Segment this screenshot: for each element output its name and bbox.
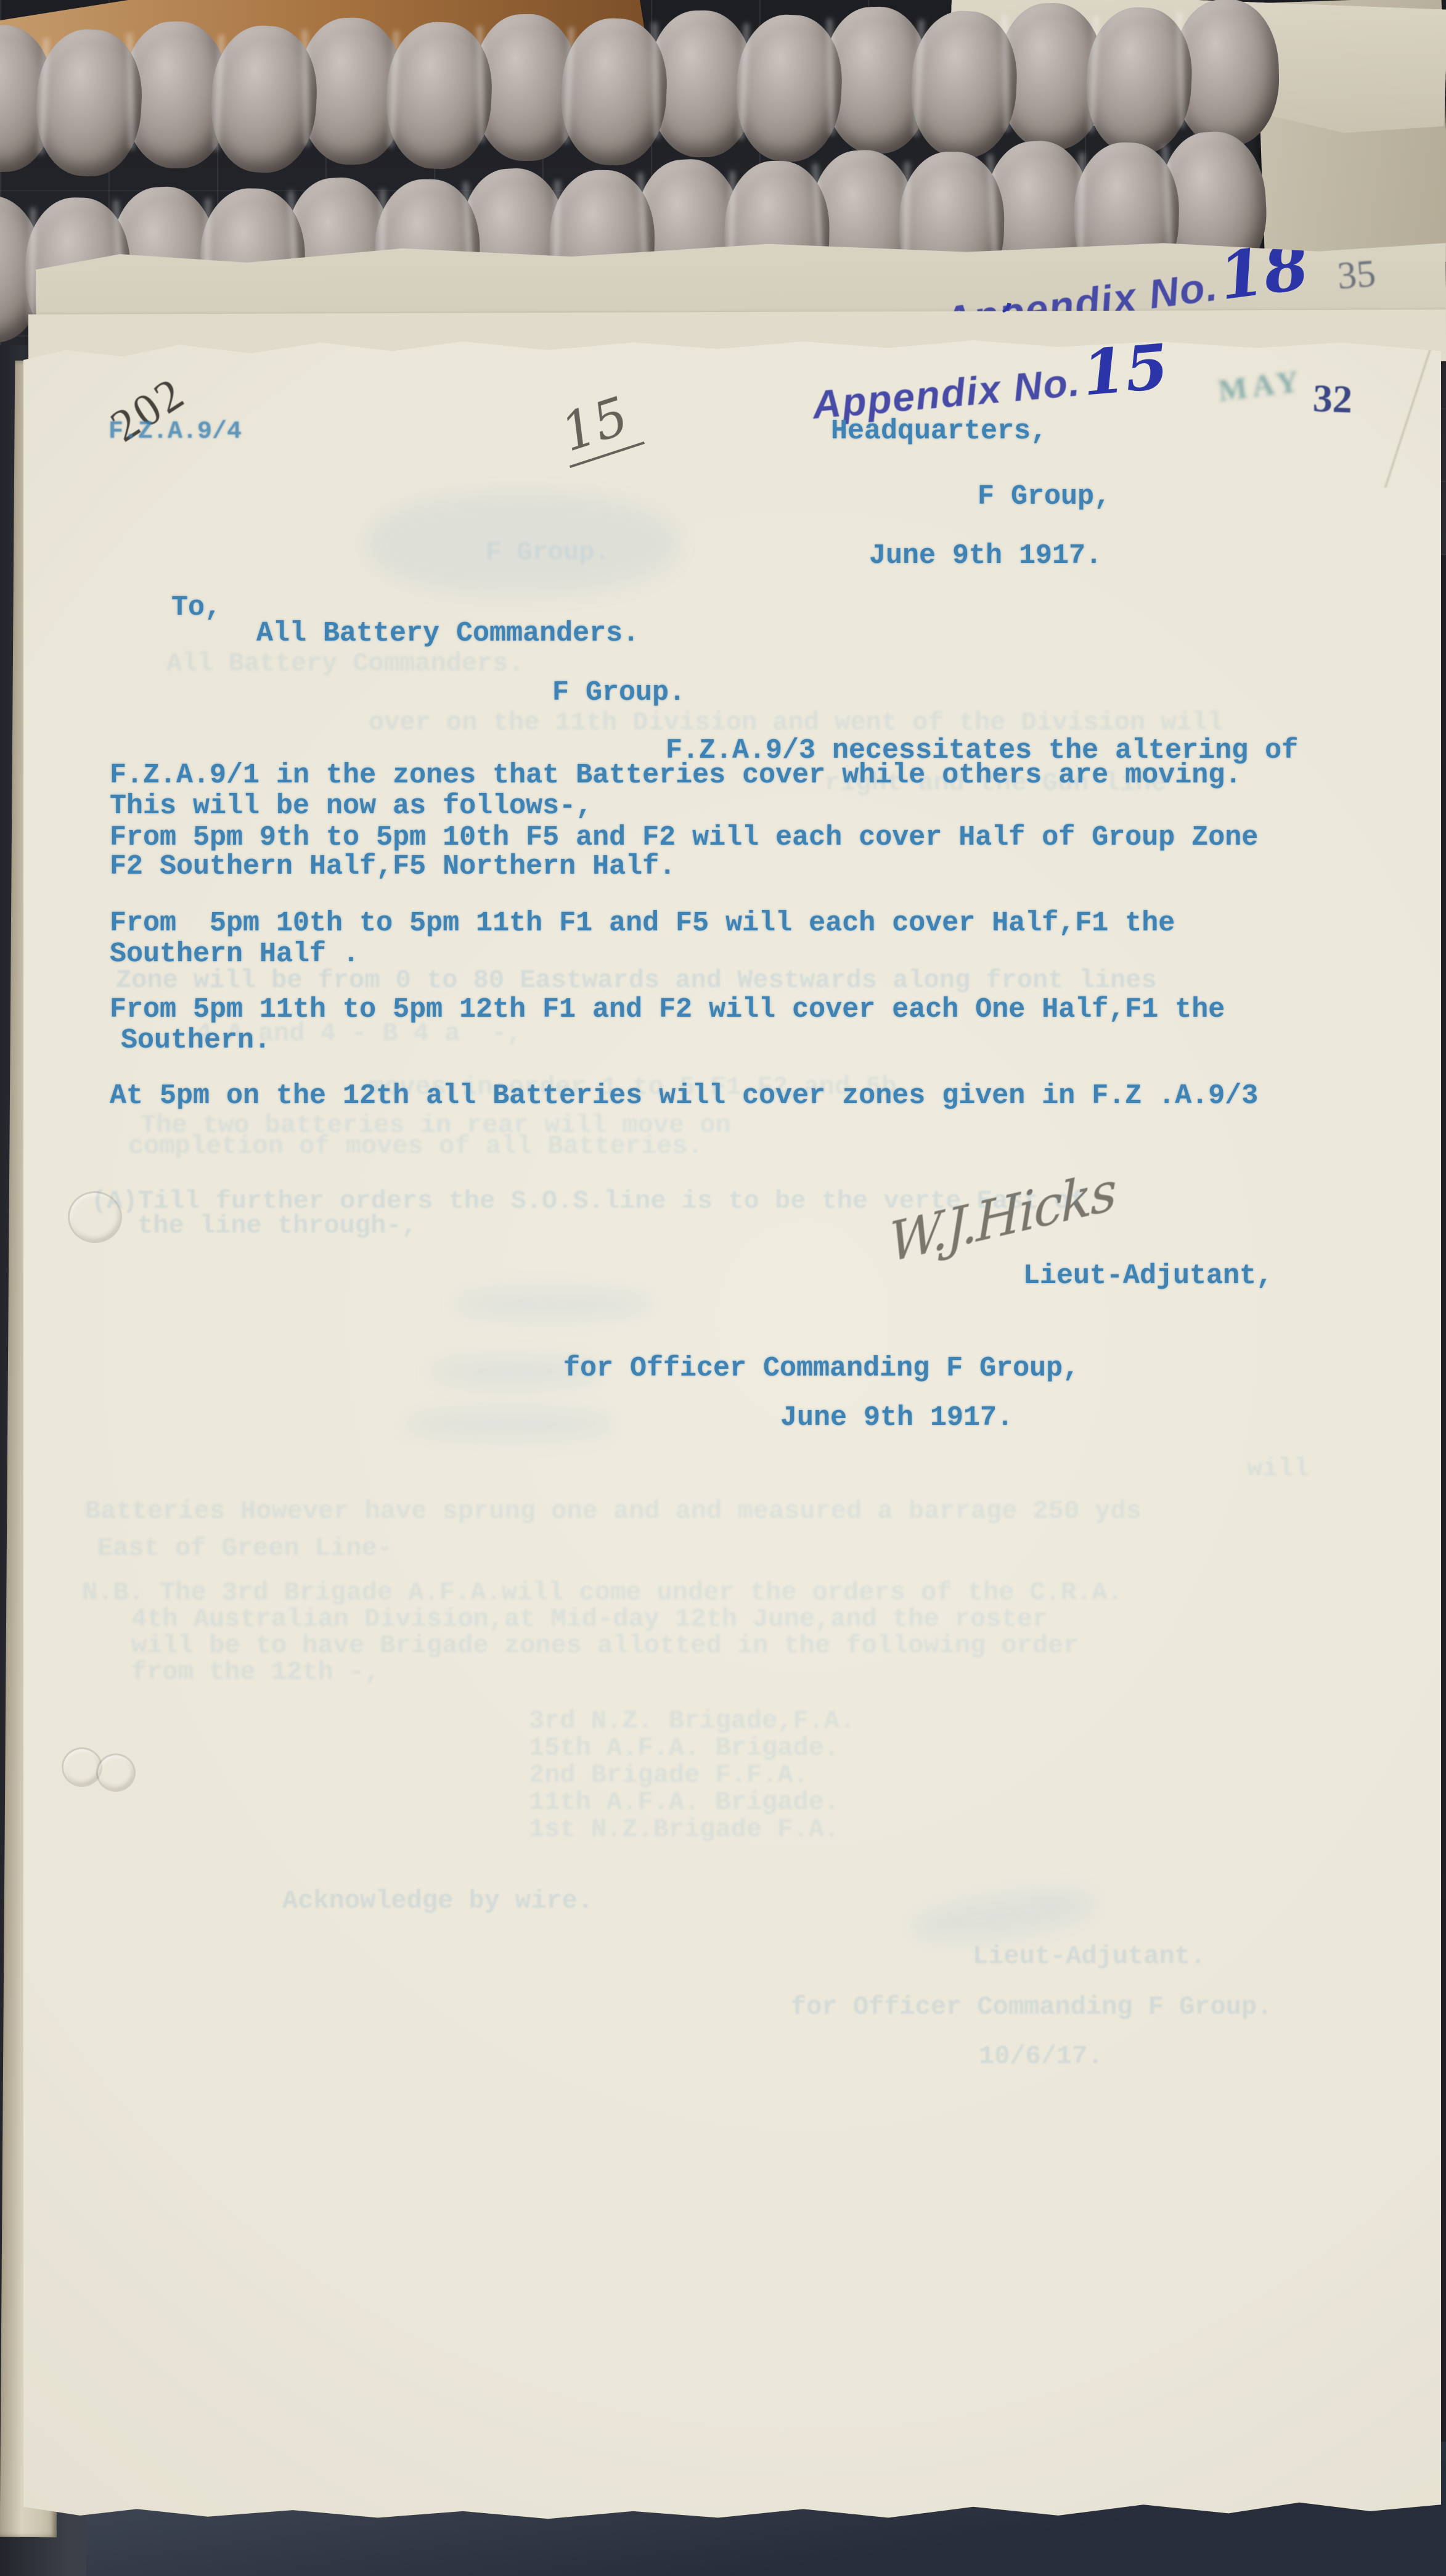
hole-punch-emboss (96, 1754, 136, 1792)
ghost-line: Lieut-Adjutant. (973, 1942, 1206, 1971)
salutation-to: To, (171, 592, 221, 623)
ghost-line: moves in order 1 to 5 F1,F2,and 5b, (369, 1072, 912, 1102)
ghost-line: from the 12th -, (131, 1657, 380, 1687)
ghost-line: All Battery Commanders. (166, 649, 524, 678)
ghost-line: N.B. The 3rd Brigade A.F.A.will come und… (82, 1578, 1123, 1607)
ghost-line: will (1247, 1454, 1309, 1483)
ghost-line: 2nd Brigade F.F.A. (529, 1760, 809, 1790)
signoff-date: June 9th 1917. (780, 1402, 1013, 1434)
document-page: 202 Appendix No. 15 MAY 32 F.Z.A.9/4 15 … (23, 340, 1441, 2520)
handwritten-signature: W.J.Hicks (889, 1160, 1116, 1275)
ghost-line: Batteries However have sprung one and an… (85, 1496, 1142, 1526)
back-page-number-stamp: 35 (1336, 252, 1377, 299)
signoff-authority: for Officer Commanding F Group, (563, 1353, 1079, 1384)
folio-number-stamp: 32 (1312, 375, 1354, 422)
ghost-line: completion of moves of all Batteries. (128, 1131, 703, 1161)
reference-number: F.Z.A.9/4 (108, 418, 242, 446)
ghost-line: Zone will be from 0 to 80 Eastwards and … (116, 966, 1157, 995)
ghost-line: the line through-, (137, 1211, 417, 1241)
header-date: June 9th 1917. (869, 540, 1102, 572)
salutation-group: F Group. (552, 677, 685, 708)
ghost-line: right and the Gun line (825, 768, 1167, 798)
body-line: This will be now as follows-, (110, 790, 592, 822)
ghost-line: 4th Australian Division,at Mid-day 12th … (131, 1604, 1048, 1634)
signoff-rank: Lieut-Adjutant, (1023, 1260, 1273, 1292)
pencil-number-note: 15 (550, 383, 645, 468)
ghost-signature-smudge (909, 1881, 1098, 1950)
page-crease (1384, 347, 1432, 488)
ghost-line: 3rd N.Z. Brigade,F.A. (529, 1706, 855, 1736)
ghost-line: Acknowledge by wire. (282, 1886, 593, 1916)
bleed-smudge (369, 494, 677, 593)
body-line: F2 Southern Half,F5 Northern Half. (110, 851, 676, 882)
bleed-smudge (430, 1358, 603, 1386)
photo-of-document: { "back_page": { "appendix_label": "Appe… (0, 0, 1446, 2576)
ghost-line: 10/6/17. (979, 2041, 1103, 2071)
body-line: From 5pm 9th to 5pm 10th F5 and F2 will … (110, 822, 1258, 853)
header-headquarters: Headquarters, (831, 416, 1047, 447)
ghost-line: will be to have Brigade zones allotted i… (131, 1631, 1079, 1660)
month-stamp: MAY (1216, 363, 1305, 408)
ghost-line: over on the 11th Division and went of th… (369, 708, 1223, 737)
ghost-line: 11th A.F.A. Brigade. (529, 1787, 839, 1817)
ghost-line: 4 A and 4 - B 4 a -, (196, 1019, 522, 1048)
ghost-line: East of Green Line- (97, 1533, 393, 1563)
header-group: F Group, (978, 481, 1111, 512)
ghost-line: 1st N.Z.Brigade F.A. (529, 1815, 839, 1844)
bleed-smudge (455, 1290, 652, 1318)
salutation-addressee: All Battery Commanders. (256, 618, 639, 649)
ghost-line: for Officer Commanding F Group. (791, 1992, 1272, 2022)
body-line: From 5pm 10th to 5pm 11th F1 and F5 will… (110, 908, 1175, 939)
bleed-smudge (406, 1410, 615, 1438)
ghost-line: 15th A.F.A. Brigade. (529, 1733, 839, 1763)
